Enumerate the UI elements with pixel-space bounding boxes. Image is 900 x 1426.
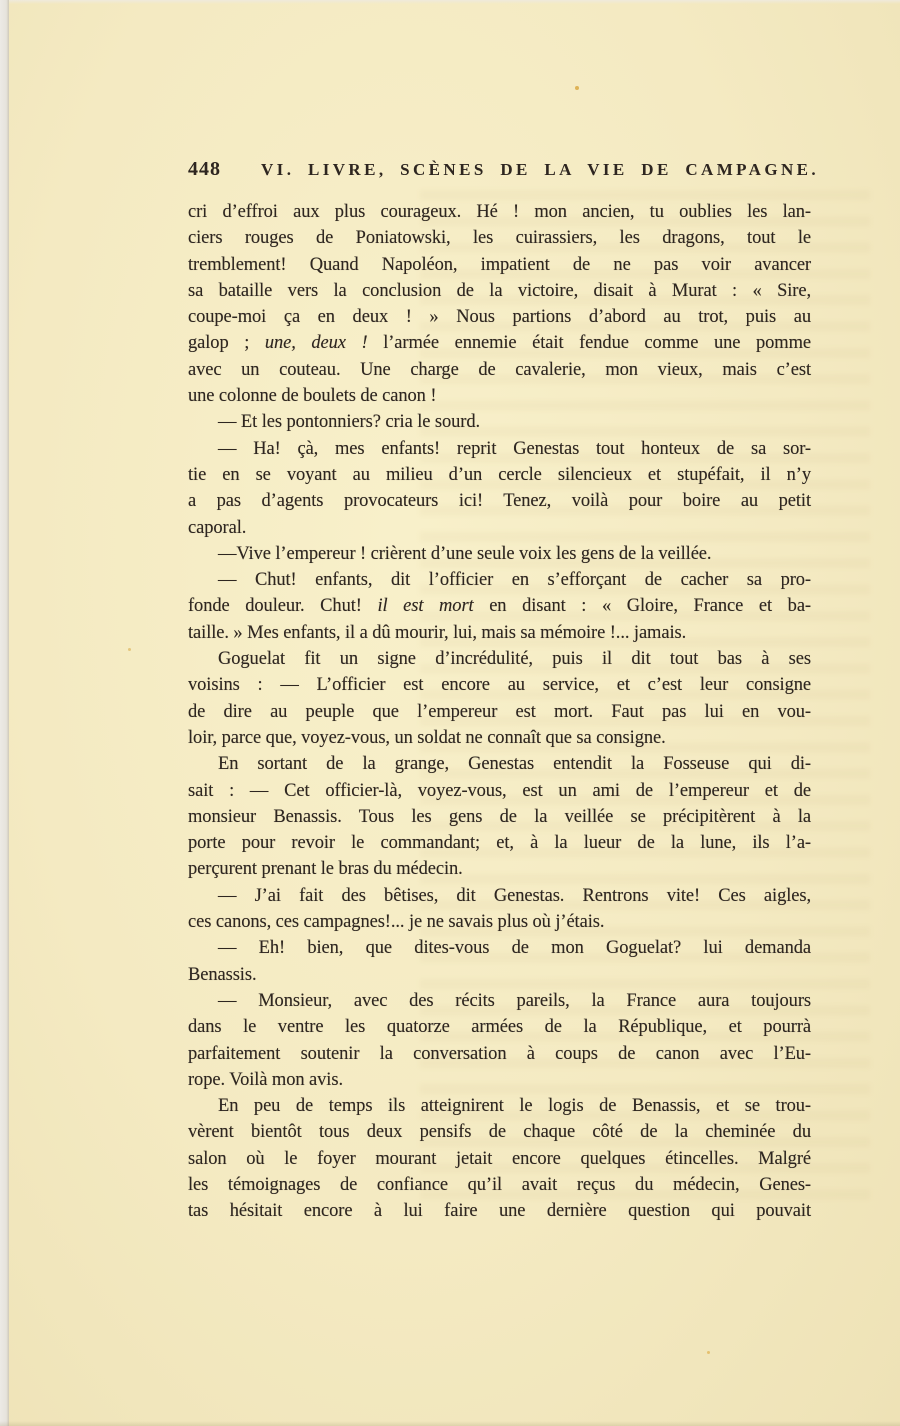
text-line: — Ha! çà, mes enfants! reprit Genestas t… — [188, 436, 811, 462]
text-segment: en disant : « Gloire, France et ba- — [474, 596, 811, 616]
text-segment: de dire au peuple que l’empereur est mor… — [188, 702, 811, 722]
text-segment: Goguelat fit un signe d’incrédulité, pui… — [218, 649, 811, 669]
text-line: salon où le foyer mourant jetait encore … — [188, 1146, 811, 1172]
text-segment: Benassis. — [188, 965, 256, 985]
text-segment: loir, parce que, voyez-vous, un soldat n… — [188, 728, 666, 748]
text-segment: parfaitement soutenir la conversation à … — [188, 1044, 811, 1064]
text-line: voisins : — L’officier est encore au ser… — [188, 672, 811, 698]
text-segment: —Vive l’empereur ! crièrent d’une seule … — [218, 544, 711, 564]
text-line: — Eh! bien, que dites-vous de mon Goguel… — [188, 935, 811, 961]
text-segment: sa bataille vers la conclusion de la vic… — [188, 281, 811, 301]
text-segment: — J’ai fait des bêtises, dit Genestas. R… — [218, 886, 811, 906]
text-line: — Monsieur, avec des récits pareils, la … — [188, 988, 811, 1014]
text-segment: rope. Voilà mon avis. — [188, 1070, 343, 1090]
text-segment: cri d’effroi aux plus courageux. Hé ! mo… — [188, 202, 811, 222]
text-segment: caporal. — [188, 518, 246, 538]
text-segment: — Chut! enfants, dit l’officier en s’eff… — [218, 570, 811, 590]
text-segment: perçurent prenant le bras du médecin. — [188, 859, 463, 879]
text-line: Goguelat fit un signe d’incrédulité, pui… — [188, 646, 811, 672]
text-segment: En peu de temps ils atteignirent le logi… — [218, 1096, 811, 1116]
text-segment: — Et les pontonniers? cria le sourd. — [218, 412, 480, 432]
text-segment: salon où le foyer mourant jetait encore … — [188, 1149, 811, 1169]
paper-speck — [575, 86, 579, 90]
text-segment: l’armée ennemie était fendue comme une p… — [368, 333, 811, 353]
text-line: —Vive l’empereur ! crièrent d’une seule … — [188, 541, 811, 567]
text-segment: fonde douleur. Chut! — [188, 596, 377, 616]
text-segment: galop ; — [188, 333, 265, 353]
text-segment: voisins : — L’officier est encore au ser… — [188, 675, 811, 695]
text-segment: vèrent bientôt tous deux pensifs de chaq… — [188, 1122, 811, 1142]
text-segment: tremblement! Quand Napoléon, impatient d… — [188, 255, 811, 275]
italic-text-segment: il est mort — [377, 596, 473, 616]
text-line: — Et les pontonniers? cria le sourd. — [188, 409, 811, 435]
text-line: — Chut! enfants, dit l’officier en s’eff… — [188, 567, 811, 593]
text-line: sait : — Cet officier-là, voyez-vous, es… — [188, 778, 811, 804]
text-segment: monsieur Benassis. Tous les gens de la v… — [188, 807, 811, 827]
text-line: monsieur Benassis. Tous les gens de la v… — [188, 804, 811, 830]
text-segment: En sortant de la grange, Genestas entend… — [218, 754, 811, 774]
text-segment: — Monsieur, avec des récits pareils, la … — [218, 991, 811, 1011]
text-segment: dans le ventre les quatorze armées de la… — [188, 1017, 811, 1037]
page-header: 448 VI. LIVRE, SCÈNES DE LA VIE DE CAMPA… — [188, 158, 812, 181]
text-line: caporal. — [188, 515, 811, 541]
text-segment: tas hésitait encore à lui faire une dern… — [188, 1201, 811, 1221]
text-line: ciers rouges de Poniatowski, les cuirass… — [188, 225, 811, 251]
text-segment: coupe-moi ça en deux ! » Nous partions d… — [188, 307, 811, 327]
page-text: cri d’effroi aux plus courageux. Hé ! mo… — [188, 199, 811, 1225]
text-line: tremblement! Quand Napoléon, impatient d… — [188, 252, 811, 278]
text-line: galop ; une, deux ! l’armée ennemie étai… — [188, 330, 811, 356]
paper-speck — [128, 648, 131, 651]
paper-speck — [707, 1351, 710, 1354]
text-line: les témoignages de confiance qu’il avait… — [188, 1172, 811, 1198]
text-line: tie en se voyant au milieu d’un cercle s… — [188, 462, 811, 488]
text-line: parfaitement soutenir la conversation à … — [188, 1041, 811, 1067]
scan-edge-bottom — [0, 1421, 900, 1426]
text-segment: ces canons, ces campagnes!... je ne sava… — [188, 912, 604, 932]
text-segment: — Ha! çà, mes enfants! reprit Genestas t… — [218, 439, 811, 459]
text-line: loir, parce que, voyez-vous, un soldat n… — [188, 725, 811, 751]
text-line: sa bataille vers la conclusion de la vic… — [188, 278, 811, 304]
text-line: rope. Voilà mon avis. — [188, 1067, 811, 1093]
page-number: 448 — [188, 158, 221, 181]
text-segment: sait : — Cet officier-là, voyez-vous, es… — [188, 781, 811, 801]
text-line: a pas d’agents provocateurs ici! Tenez, … — [188, 488, 811, 514]
text-line: fonde douleur. Chut! il est mort en disa… — [188, 593, 811, 619]
text-segment: — Eh! bien, que dites-vous de mon Goguel… — [218, 938, 811, 958]
text-line: perçurent prenant le bras du médecin. — [188, 856, 811, 882]
text-segment: une colonne de boulets de canon ! — [188, 386, 436, 406]
text-line: cri d’effroi aux plus courageux. Hé ! mo… — [188, 199, 811, 225]
text-line: ces canons, ces campagnes!... je ne sava… — [188, 909, 811, 935]
scan-edge-left — [0, 0, 9, 1426]
text-segment: porte pour revoir le commandant; et, à l… — [188, 833, 811, 853]
text-segment: taille. » Mes enfants, il a dû mourir, l… — [188, 623, 686, 643]
text-line: vèrent bientôt tous deux pensifs de chaq… — [188, 1119, 811, 1145]
text-segment: avec un couteau. Une charge de cavalerie… — [188, 360, 811, 380]
text-line: En sortant de la grange, Genestas entend… — [188, 751, 811, 777]
italic-text-segment: une, deux ! — [265, 333, 368, 353]
text-segment: les témoignages de confiance qu’il avait… — [188, 1175, 811, 1195]
scan-edge-top — [0, 0, 900, 4]
text-segment: ciers rouges de Poniatowski, les cuirass… — [188, 228, 811, 248]
text-line: taille. » Mes enfants, il a dû mourir, l… — [188, 620, 811, 646]
text-line: coupe-moi ça en deux ! » Nous partions d… — [188, 304, 811, 330]
text-line: de dire au peuple que l’empereur est mor… — [188, 699, 811, 725]
text-line: Benassis. — [188, 962, 811, 988]
text-line: avec un couteau. Une charge de cavalerie… — [188, 357, 811, 383]
text-segment: tie en se voyant au milieu d’un cercle s… — [188, 465, 811, 485]
text-line: une colonne de boulets de canon ! — [188, 383, 811, 409]
text-segment: a pas d’agents provocateurs ici! Tenez, … — [188, 491, 811, 511]
text-line: — J’ai fait des bêtises, dit Genestas. R… — [188, 883, 811, 909]
running-title: VI. LIVRE, SCÈNES DE LA VIE DE CAMPAGNE. — [261, 160, 819, 180]
text-line: tas hésitait encore à lui faire une dern… — [188, 1198, 811, 1224]
text-line: dans le ventre les quatorze armées de la… — [188, 1014, 811, 1040]
book-page-scan: 448 VI. LIVRE, SCÈNES DE LA VIE DE CAMPA… — [0, 0, 900, 1426]
text-line: En peu de temps ils atteignirent le logi… — [188, 1093, 811, 1119]
text-line: porte pour revoir le commandant; et, à l… — [188, 830, 811, 856]
